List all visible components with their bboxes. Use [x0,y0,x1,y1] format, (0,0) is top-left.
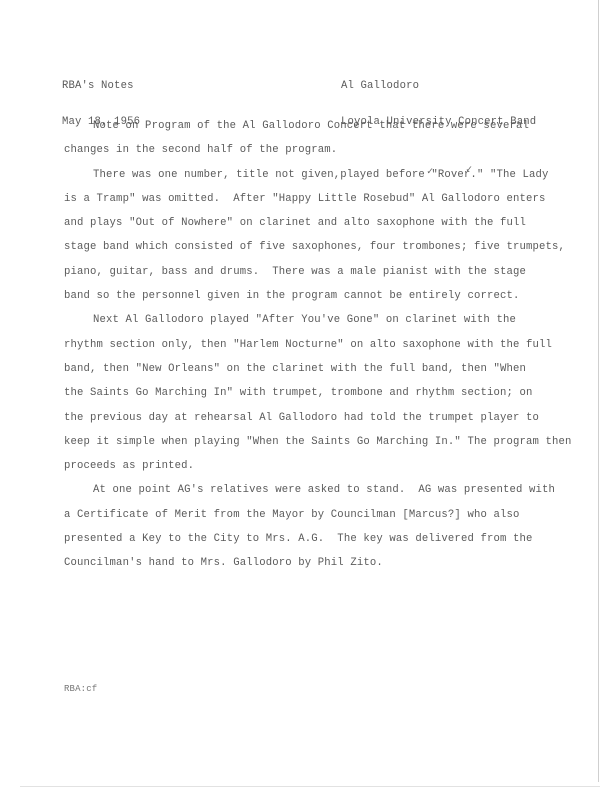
body-line: rhythm section only, then "Harlem Noctur… [64,333,564,357]
body-line: proceeds as printed. [64,454,564,478]
body-line-segment: "Rover." [431,169,483,181]
page-edge-right [598,0,599,782]
header-subject: Al Gallodoro [341,80,536,92]
body-line: a Certificate of Merit from the Mayor by… [64,503,564,527]
handwritten-check-mark: ✓ [465,158,473,182]
body-line: band, then "New Orleans" on the clarinet… [64,357,564,381]
body-line: and plays "Out of Nowhere" on clarinet a… [64,211,564,235]
body-line: the previous day at rehearsal Al Gallodo… [64,406,564,430]
annotated-word: ✓✓"Rover." [431,169,483,181]
body-line: changes in the second half of the progra… [64,138,564,162]
handwritten-check-mark: ✓ [426,160,434,184]
body-text: Note on Program of the Al Gallodoro Conc… [64,114,564,576]
document-page: RBA's Notes May 18, 1956 Al Gallodoro Lo… [0,0,612,792]
body-line: There was one number, title not given,pl… [64,163,564,187]
page-edge-bottom [20,786,600,787]
body-line: piano, guitar, bass and drums. There was… [64,260,564,284]
body-line-segment: "The Lady [483,169,548,181]
body-line: stage band which consisted of five saxop… [64,235,564,259]
body-line: Councilman's hand to Mrs. Gallodoro by P… [64,551,564,575]
typist-initials: RBA:cf [64,684,97,694]
body-line: Note on Program of the Al Gallodoro Conc… [64,114,564,138]
body-line: presented a Key to the City to Mrs. A.G.… [64,527,564,551]
body-line-segment: There was one number, title not given,pl… [93,169,431,181]
body-line: At one point AG's relatives were asked t… [64,478,564,502]
body-line: band so the personnel given in the progr… [64,284,564,308]
body-line: Next Al Gallodoro played "After You've G… [64,308,564,332]
body-line: the Saints Go Marching In" with trumpet,… [64,381,564,405]
body-line: keep it simple when playing "When the Sa… [64,430,564,454]
header-author: RBA's Notes [62,80,140,92]
body-line: is a Tramp" was omitted. After "Happy Li… [64,187,564,211]
